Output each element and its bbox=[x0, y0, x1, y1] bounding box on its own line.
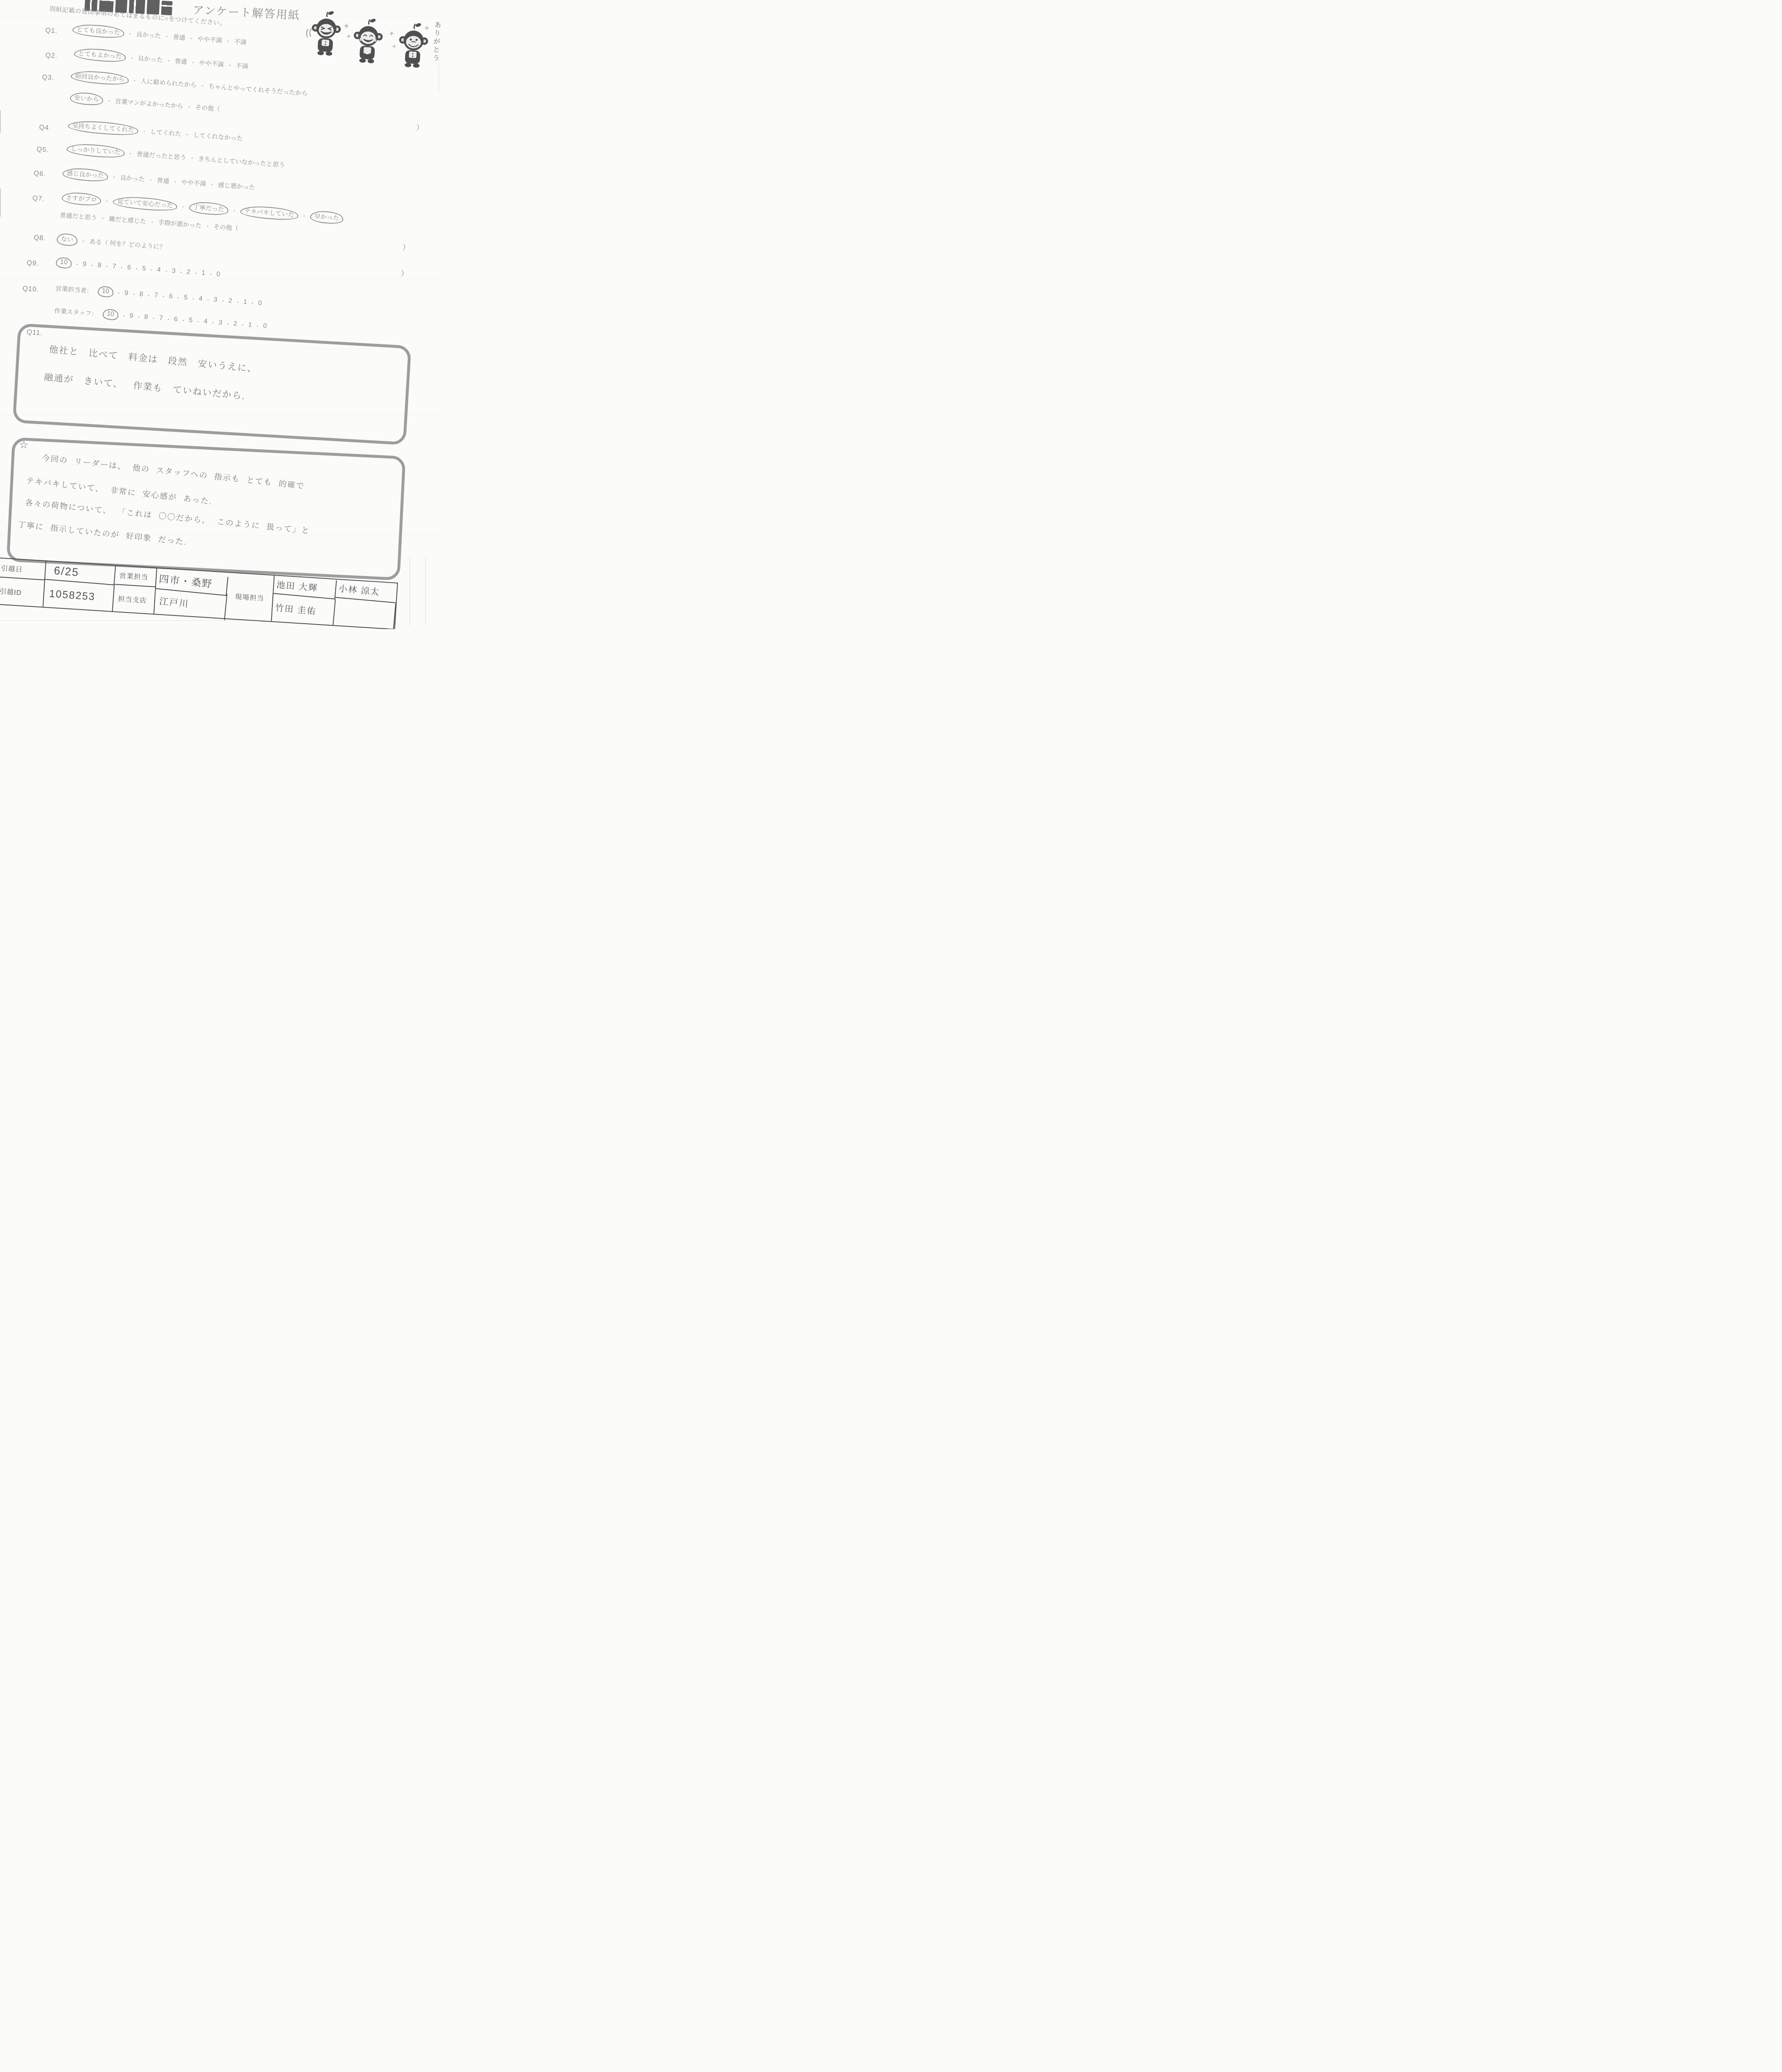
option-separator: ・ bbox=[104, 262, 110, 270]
option-circled: 見ていて安心だった bbox=[113, 195, 178, 212]
closing-paren-q7: ） bbox=[402, 242, 410, 253]
option: 7 bbox=[112, 263, 116, 271]
option-circled: とてもよかった bbox=[74, 47, 126, 63]
paper-fold-line bbox=[425, 557, 426, 624]
option: 普通 bbox=[173, 32, 186, 42]
option-circled: 安いから bbox=[70, 92, 104, 106]
option-separator: ・ bbox=[235, 298, 240, 306]
option: 0 bbox=[263, 322, 267, 330]
option-circled: 気持ちよくしてくれた bbox=[68, 119, 139, 137]
site-staff-name: 竹田 圭佑 bbox=[272, 594, 336, 626]
option-separator: ・ bbox=[164, 32, 170, 41]
option-separator: ・ bbox=[205, 222, 211, 230]
option-separator: ・ bbox=[119, 263, 124, 271]
option-separator: ・ bbox=[145, 291, 151, 299]
question-label-q10: Q10. bbox=[22, 285, 39, 294]
option-circled: 早かった bbox=[310, 210, 344, 225]
option-separator: ・ bbox=[195, 317, 201, 325]
option-separator: ・ bbox=[149, 218, 155, 226]
option-separator: ・ bbox=[165, 315, 171, 323]
paper-edge-line bbox=[0, 620, 265, 621]
question-label-q7: Q7. bbox=[32, 194, 45, 203]
option: 良かった bbox=[136, 30, 161, 40]
option: してくれた bbox=[150, 127, 182, 138]
option-separator: ・ bbox=[225, 319, 230, 327]
option: 7 bbox=[159, 315, 163, 322]
option-circled: とても良かった bbox=[72, 23, 125, 39]
option-separator: ・ bbox=[80, 237, 86, 245]
paper-edge-mark bbox=[0, 110, 1, 133]
option-separator: ・ bbox=[240, 320, 245, 329]
option-separator: ・ bbox=[133, 264, 139, 273]
option-separator: ・ bbox=[178, 268, 184, 276]
option: 不満 bbox=[234, 37, 247, 46]
option-circled: 10 bbox=[56, 257, 72, 269]
option: 6 bbox=[169, 293, 173, 301]
option-circled: 10 bbox=[102, 309, 119, 321]
option-separator: ・ bbox=[186, 102, 192, 111]
option-separator: ・ bbox=[172, 177, 178, 186]
option-separator: ・ bbox=[227, 61, 233, 69]
option: 1 bbox=[248, 321, 252, 329]
option: 6 bbox=[127, 264, 131, 272]
option: 普通 bbox=[175, 56, 188, 66]
option: 5 bbox=[142, 265, 146, 273]
option-prefix: 営業担当者： bbox=[55, 283, 93, 295]
option-separator: ・ bbox=[231, 206, 237, 215]
option: 4 bbox=[157, 266, 161, 274]
option-separator: ・ bbox=[89, 261, 95, 269]
question-options-q9: 10・9・8・7・6・5・4・3・2・1・0 bbox=[56, 257, 221, 280]
option: 2 bbox=[187, 269, 191, 276]
move-date-label: 引越日 bbox=[0, 558, 46, 580]
option: 2 bbox=[228, 297, 232, 305]
option-separator: ・ bbox=[150, 314, 156, 322]
option: 3 bbox=[213, 296, 218, 304]
question-options-q5: しっかりしていた・普通だったと思う・きちんとしていなかったと思う bbox=[66, 143, 286, 171]
question-options-q2: とてもよかった・良かった・普通・やや不満・不満 bbox=[74, 47, 249, 72]
option: 0 bbox=[216, 271, 220, 278]
option-separator: ・ bbox=[193, 269, 199, 277]
option-separator: ・ bbox=[175, 293, 181, 301]
question-label-q2: Q2. bbox=[45, 51, 58, 60]
question-options-q3b: 安いから・営業マンがよかったから・その他（ bbox=[70, 92, 221, 115]
option: してくれなかった bbox=[193, 131, 243, 143]
option-separator: ・ bbox=[184, 130, 190, 138]
option-separator: ・ bbox=[121, 312, 127, 320]
option: 普通 bbox=[157, 176, 170, 185]
option: 9 bbox=[129, 312, 133, 320]
option: ちゃんとやってくれそうだったから bbox=[208, 82, 308, 98]
closing-paren-q3: ） bbox=[416, 122, 424, 133]
option-separator: ・ bbox=[163, 266, 169, 275]
site-staff-label: 現場担当 bbox=[225, 573, 275, 621]
option: ある（ 何を？どのように？ bbox=[89, 237, 166, 252]
monkey-icon bbox=[310, 9, 342, 56]
question-label-q6: Q6. bbox=[34, 169, 46, 178]
question-label-q4: Q4. bbox=[39, 123, 52, 132]
option-separator: ・ bbox=[188, 34, 194, 42]
option-separator: ・ bbox=[225, 37, 231, 45]
option: やや不満 bbox=[197, 34, 222, 45]
option-separator: ・ bbox=[301, 211, 307, 220]
option-separator: ・ bbox=[141, 127, 147, 135]
option-separator: ・ bbox=[106, 97, 112, 105]
option-separator: ・ bbox=[166, 56, 172, 65]
option: 6 bbox=[174, 316, 178, 324]
option-separator: ・ bbox=[131, 290, 137, 298]
option-separator: ・ bbox=[190, 58, 196, 66]
option: 8 bbox=[97, 262, 102, 270]
question-label-q3: Q3. bbox=[42, 73, 55, 82]
option-separator: ・ bbox=[180, 203, 186, 211]
question-options-q8: ない・ある（ 何を？どのように？ bbox=[56, 233, 166, 253]
option: 1 bbox=[201, 269, 206, 277]
option-circled: 10 bbox=[97, 286, 114, 298]
star-icon: ☆ bbox=[19, 438, 29, 451]
option-separator: ・ bbox=[127, 29, 133, 38]
paper-edge-mark bbox=[0, 189, 1, 217]
option: 1 bbox=[243, 298, 247, 306]
option: その他（ bbox=[213, 222, 238, 232]
option-separator: ・ bbox=[208, 270, 213, 278]
motion-lines bbox=[306, 28, 311, 38]
option-circled: 前回良かったから bbox=[70, 70, 129, 86]
option: 手際が悪かった bbox=[158, 218, 202, 230]
option-separator: ・ bbox=[180, 316, 186, 324]
option-separator: ・ bbox=[189, 154, 195, 162]
option-circled: ない bbox=[56, 233, 78, 247]
option-circled: さすがプロ bbox=[61, 191, 102, 206]
thanks-note: ありがとう bbox=[429, 21, 442, 73]
option-circled: 感じ良かった bbox=[62, 167, 109, 182]
option-separator: ・ bbox=[132, 76, 138, 85]
option: 良かった bbox=[138, 54, 163, 64]
option-circled: テキパキしていた bbox=[240, 205, 299, 221]
option: 普通だと思う bbox=[59, 211, 97, 222]
option: 営業マンがよかったから bbox=[115, 97, 184, 110]
option-prefix: 作業スタッフ： bbox=[54, 306, 98, 318]
option: 4 bbox=[199, 295, 203, 303]
option-separator: ・ bbox=[136, 312, 141, 321]
option-separator: ・ bbox=[205, 295, 211, 304]
option: きちんとしていなかったと思う bbox=[198, 154, 285, 169]
option-separator: ・ bbox=[100, 214, 106, 222]
question-options-q10a: 営業担当者：10・9・8・7・6・5・4・3・2・1・0 bbox=[55, 283, 262, 309]
option-separator: ・ bbox=[220, 296, 225, 305]
branch-label: 担当支店 bbox=[113, 585, 156, 614]
option: やや不満 bbox=[181, 178, 206, 188]
option-circled: 丁寧だった bbox=[189, 201, 229, 216]
option: 雑だと感じた bbox=[109, 214, 146, 226]
option: その他（ bbox=[195, 103, 220, 113]
option: 3 bbox=[172, 267, 176, 275]
option: 4 bbox=[204, 318, 208, 326]
closing-paren-q8: ） bbox=[400, 268, 409, 279]
option-separator: ・ bbox=[255, 322, 260, 330]
option-separator: ・ bbox=[129, 53, 135, 62]
option-separator: ・ bbox=[74, 260, 80, 268]
option-separator: ・ bbox=[111, 173, 117, 181]
question-options-q6: 感じ良かった・良かった・普通・やや不満・感じ悪かった bbox=[62, 167, 256, 194]
question-label-q5: Q5. bbox=[36, 145, 49, 154]
option-separator: ・ bbox=[148, 176, 154, 184]
move-id-value: 1058253 bbox=[44, 580, 115, 612]
monkey-illustration bbox=[304, 9, 432, 79]
option-separator: ・ bbox=[209, 180, 215, 189]
option: 8 bbox=[139, 290, 143, 298]
option: 5 bbox=[189, 317, 193, 324]
monkey-icon bbox=[352, 17, 384, 64]
option: 2 bbox=[233, 320, 237, 328]
option-separator: ・ bbox=[250, 299, 255, 307]
option: 9 bbox=[82, 261, 87, 269]
option-separator: ・ bbox=[116, 288, 122, 297]
mascot-monkeys bbox=[304, 9, 432, 81]
question-label-q8: Q8. bbox=[34, 234, 46, 242]
move-id-label: 引越ID bbox=[0, 577, 45, 607]
question-label-q1: Q1. bbox=[45, 27, 58, 35]
option: 不満 bbox=[235, 61, 249, 70]
option-separator: ・ bbox=[210, 318, 216, 327]
question-label-q9: Q9. bbox=[27, 259, 39, 268]
option-circled: しっかりしていた bbox=[66, 143, 125, 159]
option-separator: ・ bbox=[104, 197, 110, 205]
option: 9 bbox=[124, 289, 128, 297]
option: 感じ悪かった bbox=[218, 180, 255, 192]
option-separator: ・ bbox=[148, 265, 154, 274]
question-options-q4: 気持ちよくしてくれた・してくれた・してくれなかった bbox=[68, 119, 243, 145]
scan-streak bbox=[0, 104, 446, 104]
option: 8 bbox=[144, 313, 148, 321]
option: 良かった bbox=[120, 173, 145, 183]
option: 7 bbox=[154, 292, 158, 300]
option-separator: ・ bbox=[128, 149, 133, 157]
option-separator: ・ bbox=[190, 294, 196, 303]
option: 3 bbox=[218, 319, 223, 327]
option: 人に勧められたから bbox=[141, 77, 197, 90]
option-separator: ・ bbox=[160, 292, 166, 300]
option-separator: ・ bbox=[199, 81, 205, 90]
option: 5 bbox=[184, 294, 188, 302]
scanned-survey-sheet: アンケート解答用紙 別紙記載の質問事項のあてはまるものに○をつけてください。 bbox=[0, 0, 446, 629]
option: 0 bbox=[258, 300, 262, 307]
option: 普通だったと思う bbox=[136, 150, 187, 162]
paper-fold-line bbox=[410, 557, 410, 626]
sales-rep-label: 営業担当 bbox=[114, 566, 157, 587]
scan-streak bbox=[0, 279, 446, 279]
site-staff-name bbox=[334, 598, 396, 629]
monkey-icon bbox=[398, 21, 429, 68]
option: やや不満 bbox=[199, 58, 224, 69]
